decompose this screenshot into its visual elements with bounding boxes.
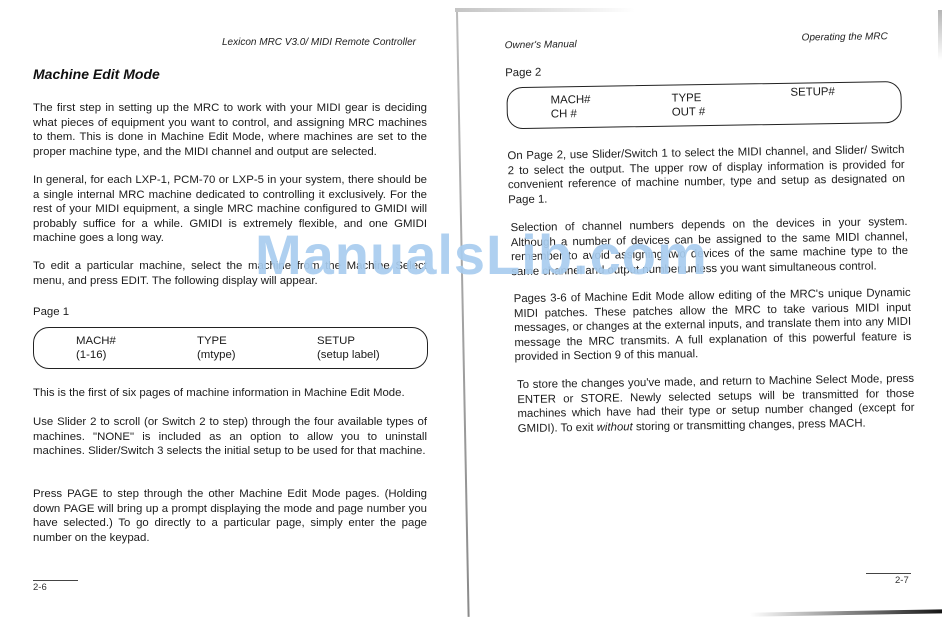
paragraph: This is the first of six pages of machin… xyxy=(33,386,427,401)
paragraph: Selection of channel numbers depends on … xyxy=(510,215,908,280)
paragraph: Press PAGE to step through the other Mac… xyxy=(33,487,427,545)
lcd-display-page-1: MACH# (1-16) TYPE (mtype) SETUP (setup l… xyxy=(33,327,428,369)
lcd-display-page-2: MACH# CH # TYPE OUT # SETUP# xyxy=(506,81,902,129)
display-col-mach-ch: MACH# CH # xyxy=(550,93,590,122)
paragraph: Use Slider 2 to scroll (or Switch 2 to s… xyxy=(33,415,427,459)
paragraph: To edit a particular machine, select the… xyxy=(33,259,427,288)
display-col-setup: SETUP (setup label) xyxy=(317,334,380,362)
paragraph: In general, for each LXP-1, PCM-70 or LX… xyxy=(33,173,427,246)
paragraph: Pages 3-6 of Machine Edit Mode allow edi… xyxy=(514,286,912,365)
page-number: 2-7 xyxy=(895,575,909,586)
display-col-setup: SETUP# xyxy=(790,85,835,100)
page-number: 2-6 xyxy=(33,582,47,593)
running-header-right: Operating the MRC xyxy=(802,31,888,43)
section-title: Machine Edit Mode xyxy=(33,66,160,82)
running-header-left: Owner's Manual xyxy=(505,39,577,51)
display-page-label: Page 1 xyxy=(33,306,69,318)
running-header: Lexicon MRC V3.0/ MIDI Remote Controller xyxy=(222,37,416,48)
display-col-type-out: TYPE OUT # xyxy=(671,91,705,120)
display-col-type: TYPE (mtype) xyxy=(197,334,236,362)
footer-rule xyxy=(33,580,78,581)
left-page: Lexicon MRC V3.0/ MIDI Remote Controller… xyxy=(0,0,455,629)
paragraph: To store the changes you've made, and re… xyxy=(517,372,915,437)
footer-rule xyxy=(866,573,911,574)
paragraph: On Page 2, use Slider/Switch 1 to select… xyxy=(507,143,905,208)
right-page-content: Owner's Manual Operating the MRC Page 2 … xyxy=(455,0,950,629)
right-page: Owner's Manual Operating the MRC Page 2 … xyxy=(455,0,950,629)
paragraph: The first step in setting up the MRC to … xyxy=(33,101,427,159)
display-col-mach: MACH# (1-16) xyxy=(76,334,116,362)
display-page-label: Page 2 xyxy=(505,67,541,80)
